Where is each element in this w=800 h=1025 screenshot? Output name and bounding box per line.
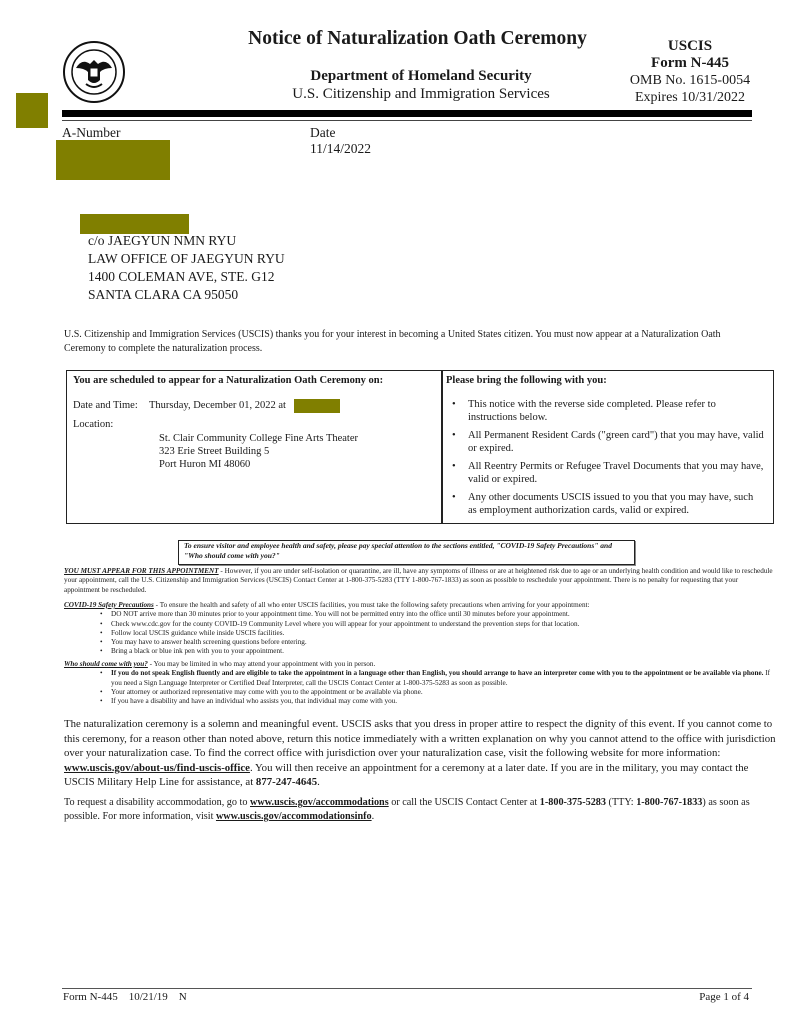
military-helpline-phone: 877-247-4645 bbox=[256, 776, 317, 788]
paragraph-text: The naturalization ceremony is a solemn … bbox=[64, 718, 776, 759]
header-rule-thin bbox=[62, 120, 752, 121]
ceremony-paragraph: The naturalization ceremony is a solemn … bbox=[64, 717, 776, 790]
section-text: - You may be limited in who may attend y… bbox=[148, 660, 375, 668]
header-rule bbox=[62, 110, 752, 117]
list-item: All Reentry Permits or Refugee Travel Do… bbox=[452, 460, 764, 486]
find-office-link[interactable]: www.uscis.gov/about-us/find-uscis-office bbox=[64, 762, 250, 774]
covid-notice-text: To ensure visitor and employee health an… bbox=[184, 541, 629, 561]
intro-paragraph: U.S. Citizenship and Immigration Service… bbox=[64, 328, 764, 356]
footer-form-id: Form N-445 10/21/19 N bbox=[63, 991, 187, 1003]
recipient-redacted bbox=[80, 214, 189, 234]
expiry-date: Expires 10/31/2022 bbox=[625, 89, 755, 106]
form-number: Form N-445 bbox=[625, 55, 755, 72]
a-number-label: A-Number bbox=[62, 125, 120, 141]
location-line: 323 Erie Street Building 5 bbox=[159, 445, 358, 458]
paragraph-text: or call the USCIS Contact Center at bbox=[389, 797, 540, 808]
location-line: St. Clair Community College Fine Arts Th… bbox=[159, 432, 358, 445]
paragraph-text: . bbox=[372, 811, 375, 822]
must-appear-section: YOU MUST APPEAR FOR THIS APPOINTMENT - H… bbox=[64, 567, 774, 595]
bring-list: This notice with the reverse side comple… bbox=[452, 398, 764, 522]
list-item: DO NOT arrive more than 30 minutes prior… bbox=[100, 610, 774, 619]
list-item: Bring a black or blue ink pen with you t… bbox=[100, 647, 774, 656]
contact-center-phone: 1-800-375-5283 bbox=[540, 797, 606, 808]
location-line: Port Huron MI 48060 bbox=[159, 458, 358, 471]
tty-phone: 1-800-767-1833 bbox=[636, 797, 702, 808]
list-item: If you have a disability and have an ind… bbox=[100, 697, 774, 706]
paragraph-text: . bbox=[317, 776, 320, 788]
section-title: COVID-19 Safety Precautions bbox=[64, 601, 154, 609]
list-item: Check www.cdc.gov for the county COVID-1… bbox=[100, 620, 774, 629]
paragraph-text: To request a disability accommodation, g… bbox=[64, 797, 250, 808]
mailing-address: c/o JAEGYUN NMN RYU LAW OFFICE OF JAEGYU… bbox=[88, 232, 285, 304]
box-divider bbox=[441, 370, 443, 524]
date-label: Date bbox=[310, 125, 335, 141]
section-title: YOU MUST APPEAR FOR THIS APPOINTMENT bbox=[64, 567, 219, 575]
list-item: Follow local USCIS guidance while inside… bbox=[100, 629, 774, 638]
section-title: Who should come with you? bbox=[64, 660, 148, 668]
address-line: 1400 COLEMAN AVE, STE. G12 bbox=[88, 268, 285, 286]
omb-number: OMB No. 1615-0054 bbox=[625, 72, 755, 89]
list-item: You may have to answer health screening … bbox=[100, 638, 774, 647]
a-number-redacted bbox=[56, 140, 170, 180]
list-item: Your attorney or authorized representati… bbox=[100, 688, 774, 697]
accommodations-link[interactable]: www.uscis.gov/accommodations bbox=[250, 797, 389, 808]
date-time-value: Thursday, December 01, 2022 at bbox=[149, 400, 286, 411]
accommodations-info-link[interactable]: www.uscis.gov/accommodationsinfo bbox=[216, 811, 372, 822]
footer-rule bbox=[62, 988, 752, 989]
schedule-heading: You are scheduled to appear for a Natura… bbox=[73, 375, 383, 386]
paragraph-text: (TTY: bbox=[606, 797, 636, 808]
date-value: 11/14/2022 bbox=[310, 141, 371, 157]
location-address: St. Clair Community College Fine Arts Th… bbox=[159, 432, 358, 471]
who-should-come-section: Who should come with you? - You may be l… bbox=[64, 660, 774, 706]
address-line: LAW OFFICE OF JAEGYUN RYU bbox=[88, 250, 285, 268]
time-redacted bbox=[294, 399, 340, 413]
address-line: SANTA CLARA CA 95050 bbox=[88, 286, 285, 304]
covid-precautions-section: COVID-19 Safety Precautions - To ensure … bbox=[64, 601, 774, 657]
page-number: Page 1 of 4 bbox=[699, 991, 749, 1003]
disability-paragraph: To request a disability accommodation, g… bbox=[64, 796, 776, 824]
list-item: All Permanent Resident Cards ("green car… bbox=[452, 429, 764, 455]
address-line: c/o JAEGYUN NMN RYU bbox=[88, 232, 285, 250]
list-item: If you do not speak English fluently and… bbox=[100, 669, 774, 688]
list-item: This notice with the reverse side comple… bbox=[452, 398, 764, 424]
form-meta: USCIS Form N-445 OMB No. 1615-0054 Expir… bbox=[625, 38, 755, 106]
interpreter-notice: If you do not speak English fluently and… bbox=[111, 669, 763, 677]
location-label: Location: bbox=[73, 419, 113, 430]
agency-short: USCIS bbox=[625, 38, 755, 55]
date-time-label: Date and Time: bbox=[73, 400, 138, 411]
bring-heading: Please bring the following with you: bbox=[446, 375, 607, 386]
section-text: - To ensure the health and safety of all… bbox=[154, 601, 590, 609]
list-item: Any other documents USCIS issued to you … bbox=[452, 491, 764, 517]
